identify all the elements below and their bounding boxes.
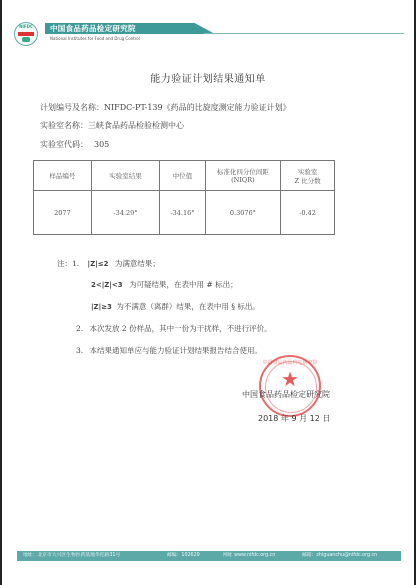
note-1-condition: |Z|≤2 bbox=[88, 260, 109, 268]
seal-text: 中国食品药品检定研究院 bbox=[261, 359, 319, 366]
table-header-row: 样品编号 实验室结果 中位值 标准化四分位间距 (NIQR) 实验室 Z 比分数 bbox=[34, 161, 335, 191]
note-1: 注：1. |Z|≤2 为满意结果； bbox=[57, 258, 160, 269]
nifdc-logo-icon: NIFDC bbox=[14, 22, 38, 46]
official-seal: 中国食品药品检定研究院 ★ bbox=[259, 355, 321, 417]
plan-label: 计划编号及名称： bbox=[40, 103, 104, 112]
footer-website[interactable]: 网址 www.nifdc.org.cn bbox=[223, 551, 275, 561]
lab-name-value: 三峡食品药品检验检测中心 bbox=[88, 121, 184, 130]
note-3-number: 3. bbox=[76, 346, 83, 355]
header-z-line1: 实验室 bbox=[281, 167, 334, 176]
footer-address: 地址：北京市大兴区生物医药基地华佗路31号 bbox=[23, 551, 120, 561]
document-title: 能力验证计划结果通知单 bbox=[0, 70, 416, 85]
note-1c: |Z|≥3 为不满意（离群）结果，在表中用 § 标出。 bbox=[91, 301, 260, 312]
lab-code-label: 实验室代码： bbox=[40, 140, 88, 149]
cell-median: -34.16° bbox=[160, 191, 205, 235]
note-2-text: 本次发放 2 份样品，其中一份为干扰样，不进行评价。 bbox=[90, 324, 272, 333]
results-table: 样品编号 实验室结果 中位值 标准化四分位间距 (NIQR) 实验室 Z 比分数… bbox=[33, 160, 335, 235]
notes-prefix: 注： bbox=[57, 259, 72, 268]
header-z-score: 实验室 Z 比分数 bbox=[281, 161, 335, 191]
note-1b: 2<|Z|<3 为可疑结果，在表中用 # 标出； bbox=[91, 279, 238, 290]
note-1-number: 1. bbox=[72, 259, 79, 268]
logo-red-band bbox=[18, 32, 34, 36]
note-3-text: 本结果通知单应与能力验证计划结果报告结合使用。 bbox=[90, 346, 263, 355]
letterhead: NIFDC 中国食品药品检定研究院 National Institutes fo… bbox=[14, 19, 404, 49]
note-1-text: 为满意结果； bbox=[115, 259, 160, 268]
footer-postcode: 邮编：102629 bbox=[167, 551, 200, 561]
lab-code-value: 305 bbox=[94, 140, 109, 149]
lab-name-info: 实验室名称：三峡食品药品检验检测中心 bbox=[40, 120, 184, 131]
note-1b-text: 为可疑结果，在表中用 # 标出； bbox=[129, 280, 238, 289]
header-rule bbox=[204, 33, 404, 34]
seal-star-icon: ★ bbox=[261, 367, 319, 391]
header-median-label: 中位值 bbox=[173, 172, 193, 180]
cell-z-score: -0.42 bbox=[281, 191, 335, 235]
cell-sample-id: 2077 bbox=[34, 191, 92, 235]
note-1c-text: 为不满意（离群）结果，在表中用 § 标出。 bbox=[116, 302, 260, 311]
note-3: 3. 本结果通知单应与能力验证计划结果报告结合使用。 bbox=[76, 345, 262, 356]
cell-niqr: 0.3076° bbox=[205, 191, 280, 235]
lab-code-info: 实验室代码：305 bbox=[40, 139, 109, 150]
note-2-number: 2. bbox=[76, 324, 83, 333]
signature-org: 中国食品药品检定研究院 bbox=[242, 389, 330, 400]
header-z-line2: Z 比分数 bbox=[281, 176, 334, 185]
header-sample-id: 样品编号 bbox=[34, 161, 92, 191]
signature-date: 2018 年 9 月 12 日 bbox=[258, 413, 330, 424]
lab-name-label: 实验室名称： bbox=[40, 121, 88, 130]
cell-lab-result: -34.29° bbox=[91, 191, 160, 235]
page-border-left bbox=[0, 0, 2, 585]
plan-info: 计划编号及名称：NIFDC-PT-139《药品的比旋度测定能力验证计划》 bbox=[40, 102, 291, 113]
note-1c-condition: |Z|≥3 bbox=[91, 303, 112, 311]
logo-green-mark bbox=[22, 37, 30, 42]
note-1b-condition: 2<|Z|<3 bbox=[91, 281, 123, 289]
header-lab-result: 实验室结果 bbox=[91, 161, 160, 191]
table-row: 2077 -34.29° -34.16° 0.3076° -0.42 bbox=[34, 191, 335, 235]
org-name-cn: 中国食品药品检定研究院 bbox=[50, 23, 136, 34]
header-niqr-line2: (NIQR) bbox=[206, 176, 280, 184]
org-name-en: National Institutes for Food and Drug Co… bbox=[50, 36, 140, 41]
header-median: 中位值 bbox=[160, 161, 205, 191]
footer-bar: 地址：北京市大兴区生物医药基地华佗路31号 邮编：102629 网址 www.n… bbox=[17, 551, 401, 561]
plan-value: NIFDC-PT-139《药品的比旋度测定能力验证计划》 bbox=[104, 103, 291, 112]
header-niqr-line1: 标准化四分位间距 bbox=[206, 167, 280, 176]
note-2: 2. 本次发放 2 份样品，其中一份为干扰样，不进行评价。 bbox=[76, 323, 272, 334]
header-niqr: 标准化四分位间距 (NIQR) bbox=[205, 161, 280, 191]
footer-email[interactable]: 邮箱：zhiguanchu@nifdc.org.cn bbox=[302, 551, 377, 561]
logo-text: NIFDC bbox=[15, 24, 37, 29]
